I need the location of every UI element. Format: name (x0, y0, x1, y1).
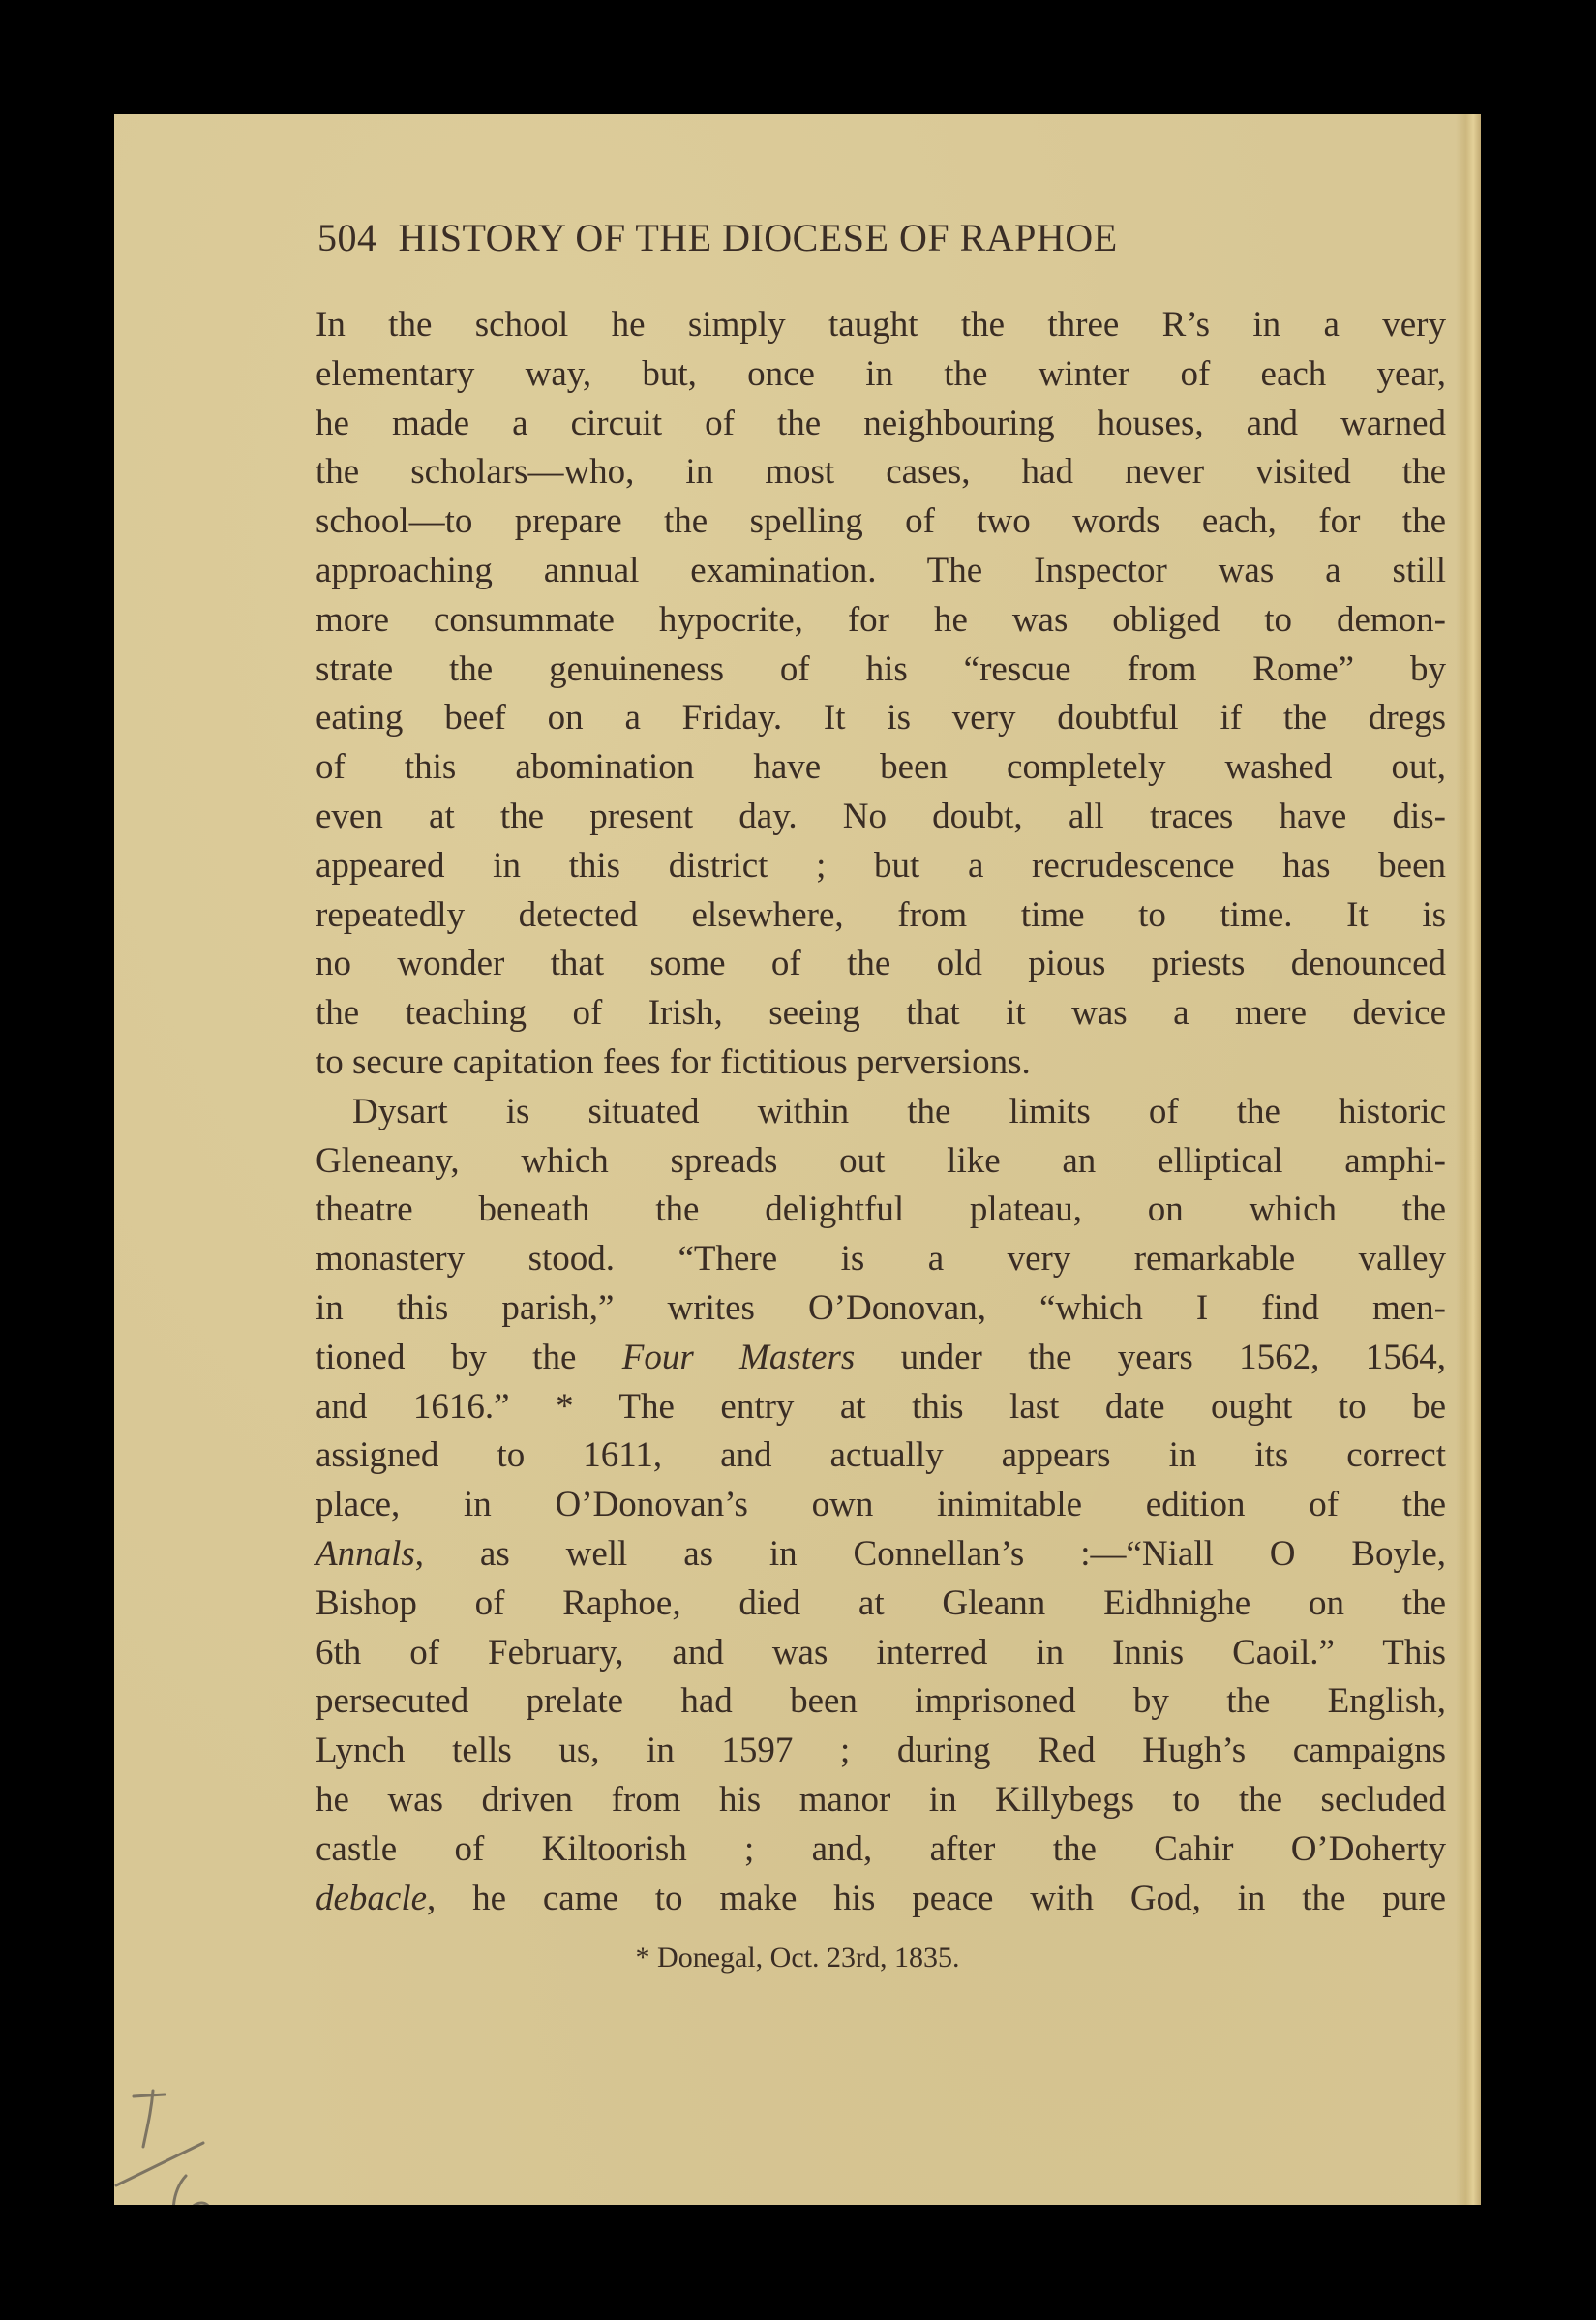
text-line: strate the genuineness of his “rescue fr… (316, 646, 1446, 695)
text-line: theatre beneath the delightful plateau, … (316, 1186, 1446, 1235)
text-line: the teaching of Irish, seeing that it wa… (316, 989, 1446, 1039)
text-line: repeatedly detected elsewhere, from time… (316, 891, 1446, 941)
book-page: 504HISTORY OF THE DIOCESE OF RAPHOE In t… (114, 114, 1481, 2205)
text-line: monastery stood. “There is a very remark… (316, 1235, 1446, 1284)
text-line: 6th of February, and was interred in Inn… (316, 1629, 1446, 1678)
text-line: Gleneany, which spreads out like an elli… (316, 1137, 1446, 1187)
text-segment: tioned by the (316, 1338, 622, 1377)
text-line: elementary way, but, once in the winter … (316, 350, 1446, 400)
text-line: Lynch tells us, in 1597 ; during Red Hug… (316, 1727, 1446, 1776)
text-line: tioned by the Four Masters under the yea… (316, 1334, 1446, 1383)
text-line: to secure capitation fees for fictitious… (316, 1039, 1446, 1088)
body-text: In the school he simply taught the three… (316, 301, 1446, 1923)
footnote: * Donegal, Oct. 23rd, 1835. (114, 1942, 1481, 1974)
pencil-annotation-icon (114, 2002, 327, 2205)
text-line: assigned to 1611, and actually appears i… (316, 1431, 1446, 1481)
text-segment: under the years 1562, 1564, (855, 1338, 1446, 1377)
text-line: of this abomination have been completely… (316, 743, 1446, 793)
page-number: 504 (317, 216, 377, 259)
text-segment: , he came to make his peace with God, in… (427, 1879, 1446, 1918)
text-line: the scholars—who, in most cases, had nev… (316, 448, 1446, 497)
italic-title-four-masters: Four Masters (622, 1338, 856, 1377)
text-line: and 1616.” * The entry at this last date… (316, 1383, 1446, 1432)
running-head: 504HISTORY OF THE DIOCESE OF RAPHOE (317, 215, 1479, 260)
text-line: Annals, as well as in Connellan’s :—“Nia… (316, 1530, 1446, 1580)
text-line: persecuted prelate had been imprisoned b… (316, 1677, 1446, 1727)
text-line: debacle, he came to make his peace with … (316, 1875, 1446, 1924)
text-line: he was driven from his manor in Killybeg… (316, 1776, 1446, 1825)
text-line: in this parish,” writes O’Donovan, “whic… (316, 1284, 1446, 1334)
text-line: eating beef on a Friday. It is very doub… (316, 694, 1446, 743)
italic-word-debacle: debacle (316, 1879, 427, 1918)
running-title: HISTORY OF THE DIOCESE OF RAPHOE (399, 216, 1118, 259)
italic-title-annals: Annals (316, 1534, 415, 1574)
text-line: school—to prepare the spelling of two wo… (316, 497, 1446, 547)
text-line: more consummate hypocrite, for he was ob… (316, 596, 1446, 646)
text-line: approaching annual examination. The Insp… (316, 547, 1446, 596)
text-line: castle of Kiltoorish ; and, after the Ca… (316, 1825, 1446, 1875)
text-line: even at the present day. No doubt, all t… (316, 793, 1446, 842)
text-line: In the school he simply taught the three… (316, 301, 1446, 350)
page-edge-shadow (1456, 114, 1481, 2205)
text-segment: , as well as in Connellan’s :—“Niall O B… (415, 1534, 1446, 1574)
text-line: he made a circuit of the neighbouring ho… (316, 400, 1446, 449)
paragraph-start-line: Dysart is situated within the limits of … (316, 1088, 1446, 1137)
text-line: Bishop of Raphoe, died at Gleann Eidhnig… (316, 1580, 1446, 1629)
text-line: appeared in this district ; but a recrud… (316, 842, 1446, 891)
text-line: no wonder that some of the old pious pri… (316, 940, 1446, 989)
text-line: place, in O’Donovan’s own inimitable edi… (316, 1481, 1446, 1530)
